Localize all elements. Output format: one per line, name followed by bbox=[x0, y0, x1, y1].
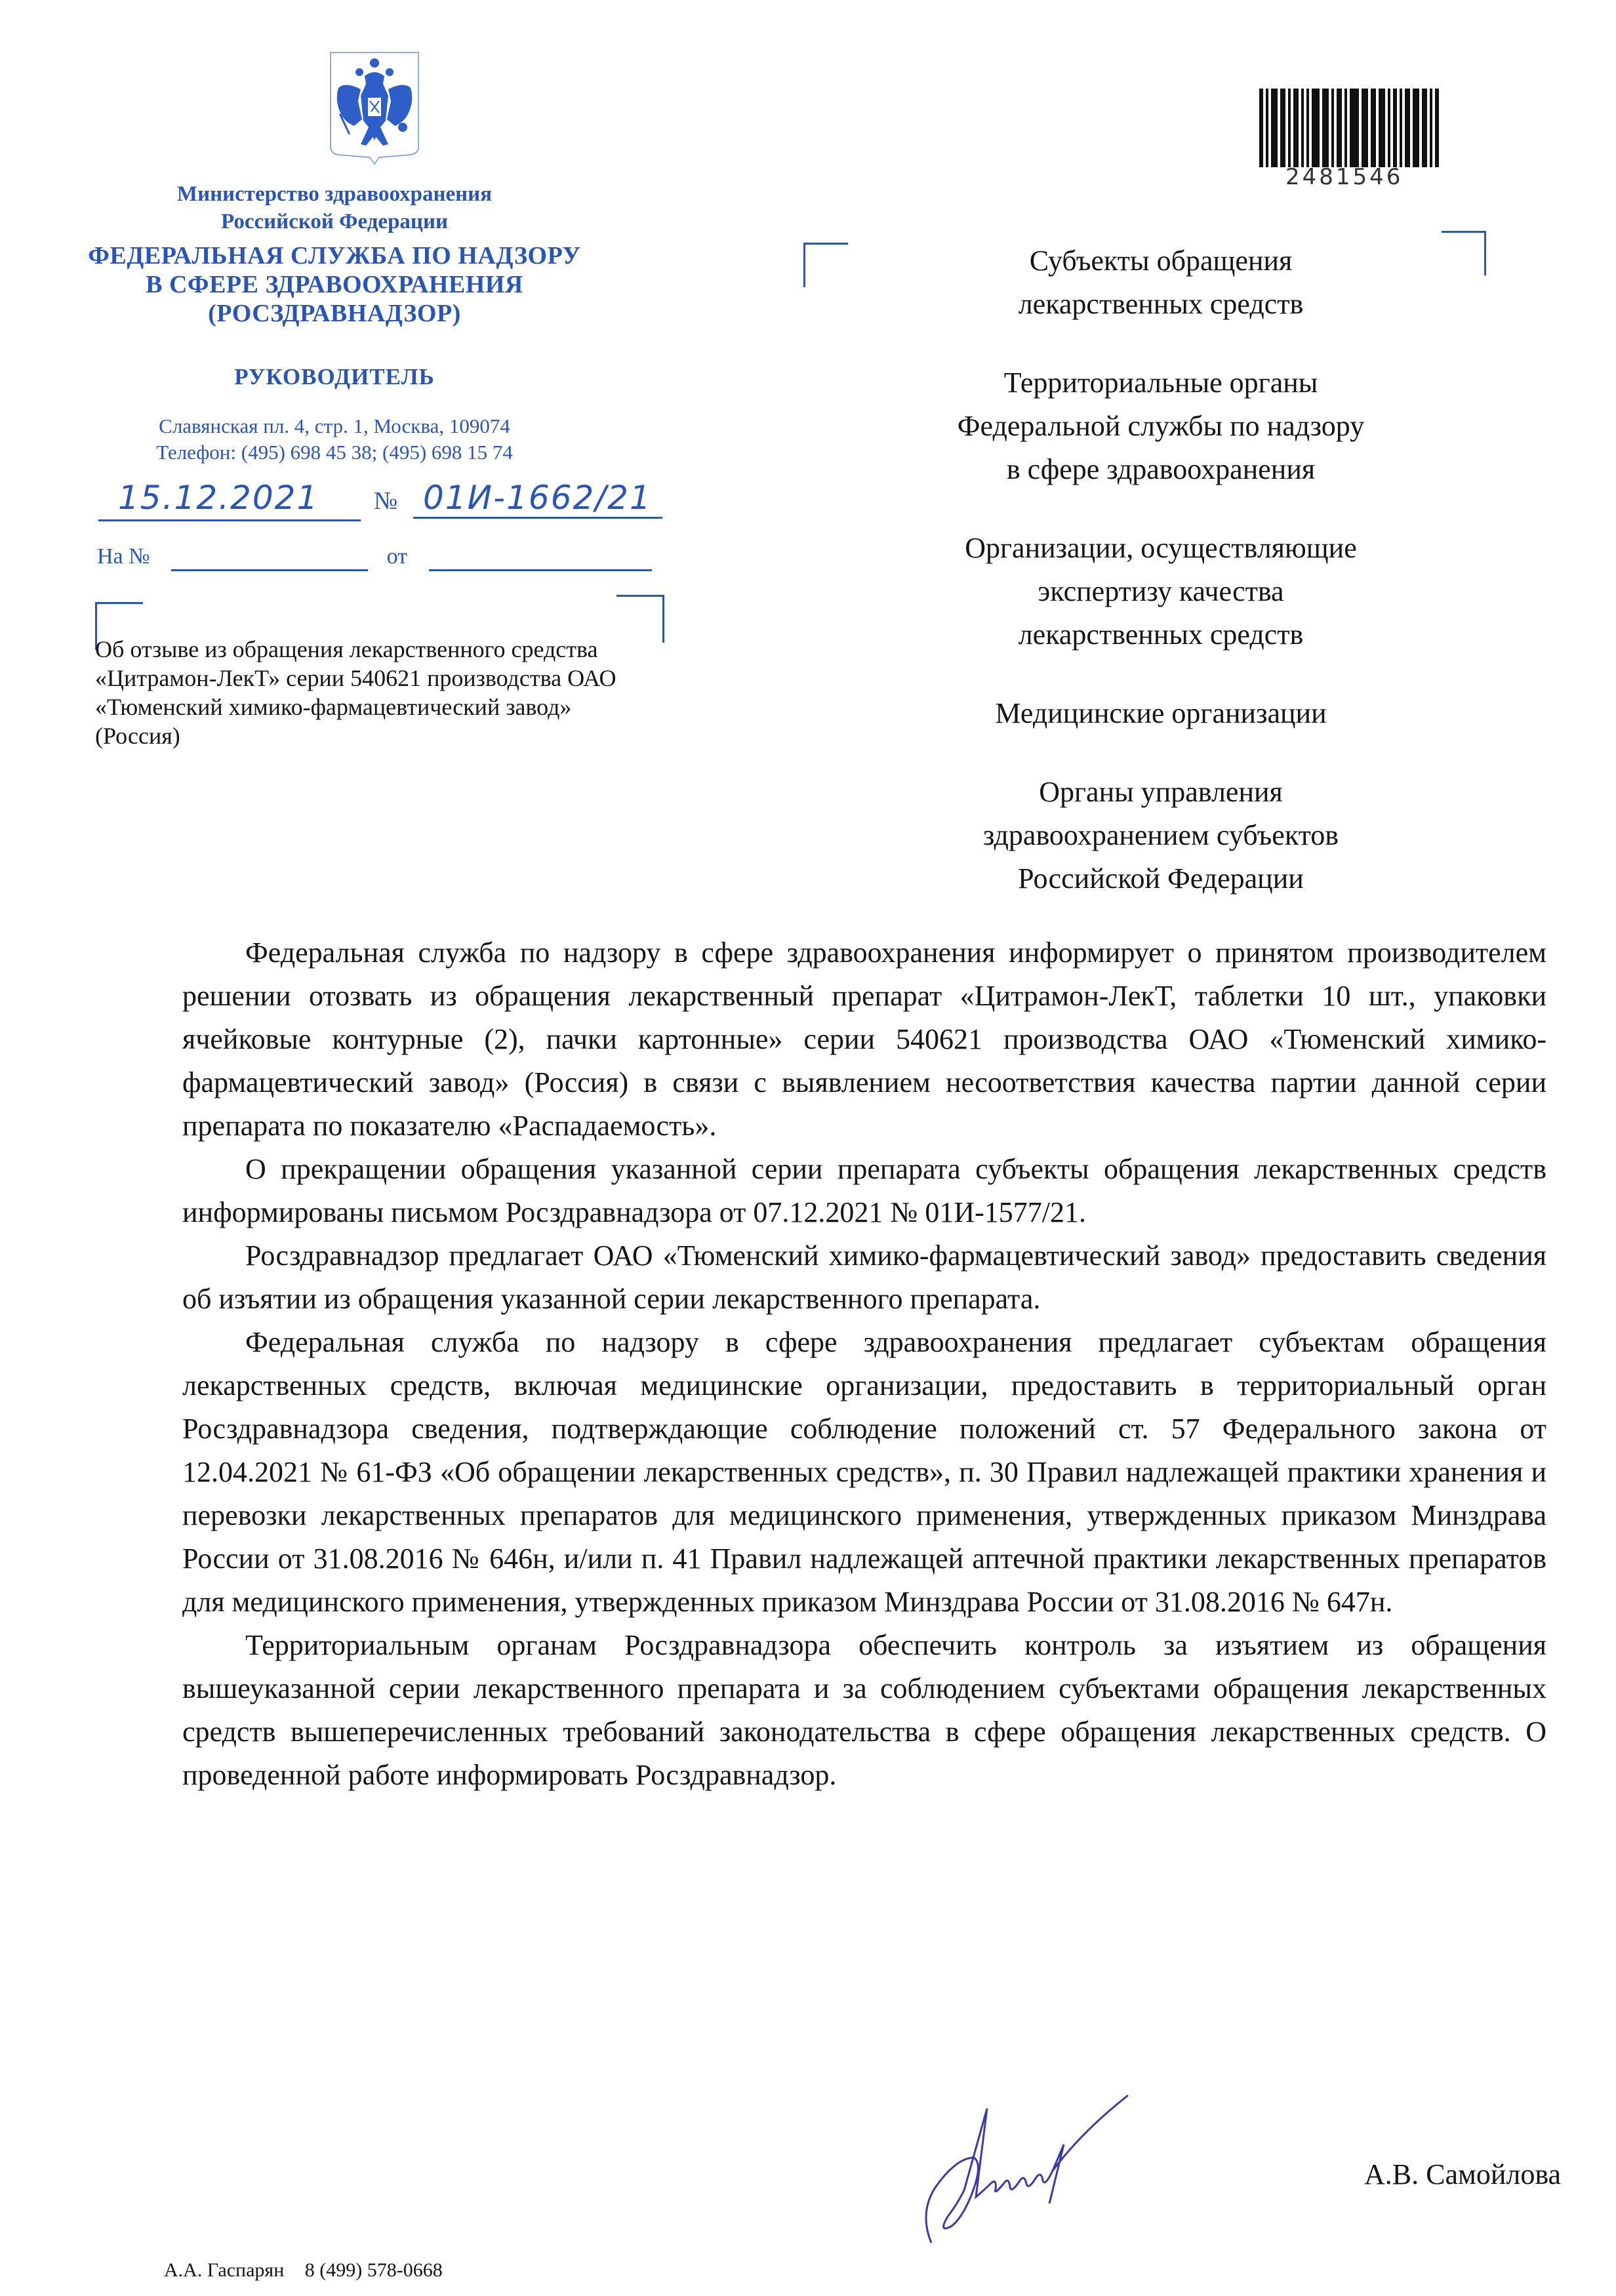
reply-from-label: от bbox=[387, 544, 407, 569]
reg-no-label: № bbox=[374, 487, 397, 515]
contact-block: Славянская пл. 4, стр. 1, Москва, 109074… bbox=[79, 413, 590, 466]
reply-date-field bbox=[429, 544, 652, 571]
reply-no-field bbox=[171, 544, 368, 571]
letter-body: Федеральная служба по надзору в сфере зд… bbox=[182, 931, 1546, 1797]
body-paragraph: Территориальным органам Росздравнадзора … bbox=[182, 1624, 1546, 1797]
recipient-line: Федеральной службы по надзору bbox=[833, 405, 1489, 448]
letter-subject: Об отзыве из обращения лекарственного ср… bbox=[95, 635, 659, 750]
handwritten-signature-icon bbox=[912, 2079, 1266, 2256]
body-paragraph: Росздравнадзор предлагает ОАО «Тюменский… bbox=[182, 1234, 1546, 1321]
reply-no-label: На № bbox=[97, 544, 150, 569]
recipient-line: Субъекты обращения bbox=[833, 239, 1489, 283]
address: Славянская пл. 4, стр. 1, Москва, 109074 bbox=[79, 413, 590, 439]
recipient-line: Российской Федерации bbox=[833, 857, 1489, 900]
service-name: ФЕДЕРАЛЬНАЯ СЛУЖБА ПО НАДЗОРУ В СФЕРЕ ЗД… bbox=[79, 241, 590, 328]
reply-reference: На № от bbox=[97, 544, 652, 571]
recipient-group: Медицинские организации bbox=[833, 692, 1489, 735]
registration-line: 15.12.2021 № 01И-1662/21 bbox=[98, 479, 787, 525]
recipient-group: Субъекты обращения лекарственных средств bbox=[833, 239, 1489, 326]
recipient-line: лекарственных средств bbox=[833, 613, 1489, 656]
ministry-line-2: Российской Федерации bbox=[79, 208, 590, 235]
recipient-line: экспертизу качества bbox=[833, 570, 1489, 613]
reg-number: 01И-1662/21 bbox=[423, 479, 652, 517]
ministry-name: Министерство здравоохранения Российской … bbox=[79, 180, 590, 235]
signer-name: А.В. Самойлова bbox=[1364, 2158, 1561, 2191]
body-paragraph: Федеральная служба по надзору в сфере зд… bbox=[182, 1321, 1546, 1624]
reg-date-underline bbox=[98, 519, 361, 521]
barcode-icon bbox=[1259, 89, 1463, 167]
executor-phone: 8 (499) 578-0668 bbox=[305, 2259, 443, 2281]
recipient-line: лекарственных средств bbox=[833, 283, 1489, 326]
reg-number-underline bbox=[413, 517, 662, 519]
service-line-2: В СФЕРЕ ЗДРАВООХРАНЕНИЯ bbox=[79, 270, 590, 299]
service-line-1: ФЕДЕРАЛЬНАЯ СЛУЖБА ПО НАДЗОРУ bbox=[79, 241, 590, 270]
recipient-line: Территориальные органы bbox=[833, 361, 1489, 405]
executor-name: А.А. Гаспарян bbox=[164, 2259, 284, 2281]
recipients-block: Субъекты обращения лекарственных средств… bbox=[833, 239, 1489, 936]
executor-info: А.А. Гаспарян 8 (499) 578-0668 bbox=[164, 2259, 443, 2282]
recipient-group: Органы управления здравоохранением субъе… bbox=[833, 771, 1489, 900]
recipient-line: Органы управления bbox=[833, 771, 1489, 814]
russian-coat-of-arms-icon bbox=[325, 49, 424, 167]
recipient-group: Организации, осуществляющие экспертизу к… bbox=[833, 527, 1489, 656]
recipient-group: Территориальные органы Федеральной служб… bbox=[833, 361, 1489, 491]
barcode-number: 2481546 bbox=[1285, 164, 1403, 190]
recipient-line: в сфере здравоохранения bbox=[833, 448, 1489, 491]
phone: Телефон: (495) 698 45 38; (495) 698 15 7… bbox=[79, 439, 590, 466]
recipient-line: здравоохранением субъектов bbox=[833, 814, 1489, 857]
ministry-line-1: Министерство здравоохранения bbox=[79, 180, 590, 208]
reg-date: 15.12.2021 bbox=[118, 479, 319, 517]
recipient-line: Организации, осуществляющие bbox=[833, 527, 1489, 570]
service-line-3: (РОСЗДРАВНАДЗОР) bbox=[79, 299, 590, 328]
position-title: РУКОВОДИТЕЛЬ bbox=[79, 364, 590, 390]
body-paragraph: О прекращении обращения указанной серии … bbox=[182, 1148, 1546, 1234]
body-paragraph: Федеральная служба по надзору в сфере зд… bbox=[182, 931, 1546, 1148]
recipient-line: Медицинские организации bbox=[833, 692, 1489, 735]
